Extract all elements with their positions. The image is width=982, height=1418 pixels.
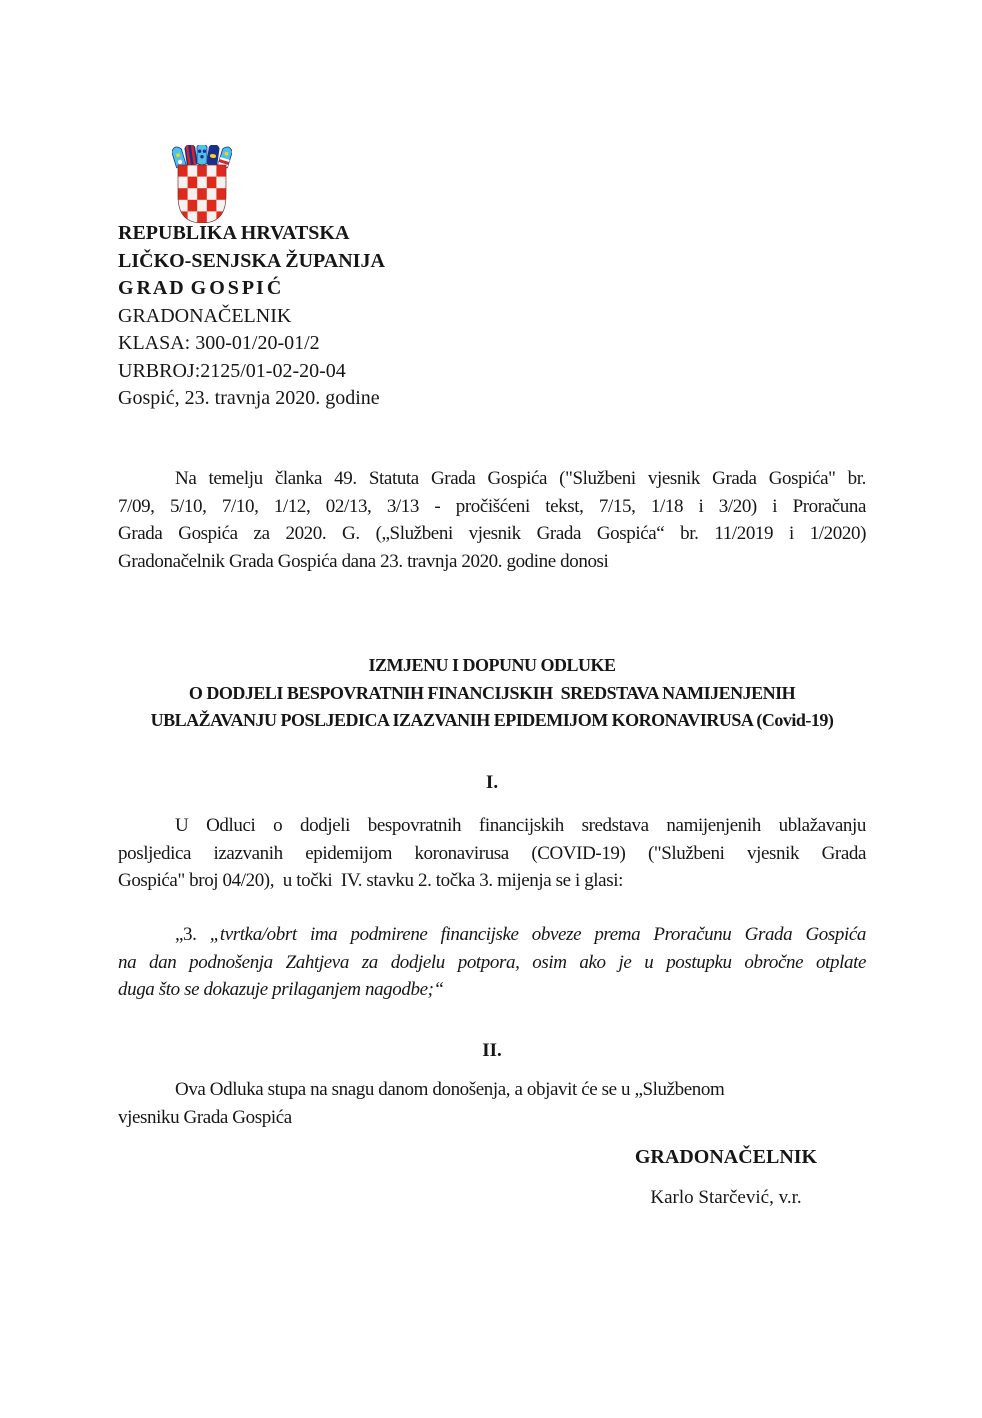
preamble-line: Na temelju članka 49. Statuta Grada Gosp… <box>118 465 866 493</box>
quote-line: duga što se dokazuje prilaganjem nagodbe… <box>118 976 866 1004</box>
document-title-line: IZMJENU I DOPUNU ODLUKE <box>118 652 866 680</box>
section-2-marker: II. <box>118 1037 866 1065</box>
document-page: REPUBLIKA HRVATSKA LIČKO-SENJSKA ŽUPANIJ… <box>0 0 982 1418</box>
signature-name: Karlo Starčević, v.r. <box>586 1184 866 1212</box>
preamble-line: 7/09, 5/10, 7/10, 1/12, 02/13, 3/13 - pr… <box>118 493 866 521</box>
section-2-line: vjesniku Grada Gospića <box>118 1104 866 1132</box>
quote-line: na dan podnošenja Zahtjeva za dodjelu po… <box>118 949 866 977</box>
amended-provision-quote: „3. „tvrtka/obrt ima podmirene financijs… <box>118 921 866 1004</box>
section-2-paragraph: Ova Odluka stupa na snagu danom donošenj… <box>118 1076 866 1131</box>
doc-place-date-line: Gospić, 23. travnja 2020. godine <box>118 385 866 413</box>
org-city-line: G R A D G O S P I Ć <box>118 275 866 303</box>
section-1-line: U Odluci o dodjeli bespovratnih financij… <box>118 812 866 840</box>
signature-block: GRADONAČELNIK Karlo Starčević, v.r. <box>586 1144 866 1212</box>
document-body: REPUBLIKA HRVATSKA LIČKO-SENJSKA ŽUPANIJ… <box>118 0 866 1212</box>
org-county-line: LIČKO-SENJSKA ŽUPANIJA <box>118 248 866 276</box>
document-title-line: O DODJELI BESPOVRATNIH FINANCIJSKIH SRED… <box>118 680 866 708</box>
section-2-line: Ova Odluka stupa na snagu danom donošenj… <box>118 1076 866 1104</box>
doc-urbroj-line: URBROJ:2125/01-02-20-04 <box>118 358 866 386</box>
document-title: IZMJENU I DOPUNU ODLUKE O DODJELI BESPOV… <box>118 652 866 735</box>
preamble-paragraph: Na temelju članka 49. Statuta Grada Gosp… <box>118 465 866 575</box>
section-1-line: Gospića" broj 04/20), u točki IV. stavku… <box>118 867 866 895</box>
section-1-marker: I. <box>118 769 866 797</box>
quote-line: „3. „tvrtka/obrt ima podmirene financijs… <box>118 921 866 949</box>
letterhead: REPUBLIKA HRVATSKA LIČKO-SENJSKA ŽUPANIJ… <box>118 220 866 413</box>
signature-role: GRADONAČELNIK <box>586 1144 866 1172</box>
org-country-line: REPUBLIKA HRVATSKA <box>118 220 866 248</box>
preamble-line: Grada Gospića za 2020. G. („Službeni vje… <box>118 520 866 548</box>
quote-text: „tvrtka/obrt ima podmirene financijske o… <box>210 924 866 945</box>
document-title-line: UBLAŽAVANJU POSLJEDICA IZAZVANIH EPIDEMI… <box>118 707 866 735</box>
section-1-paragraph: U Odluci o dodjeli bespovratnih financij… <box>118 812 866 895</box>
quote-number-prefix: „3. <box>175 924 210 945</box>
section-1-line: posljedica izazvanih epidemijom koronavi… <box>118 840 866 868</box>
doc-klasa-line: KLASA: 300-01/20-01/2 <box>118 330 866 358</box>
org-office-line: GRADONAČELNIK <box>118 303 866 331</box>
preamble-line: Gradonačelnik Grada Gospića dana 23. tra… <box>118 548 866 576</box>
